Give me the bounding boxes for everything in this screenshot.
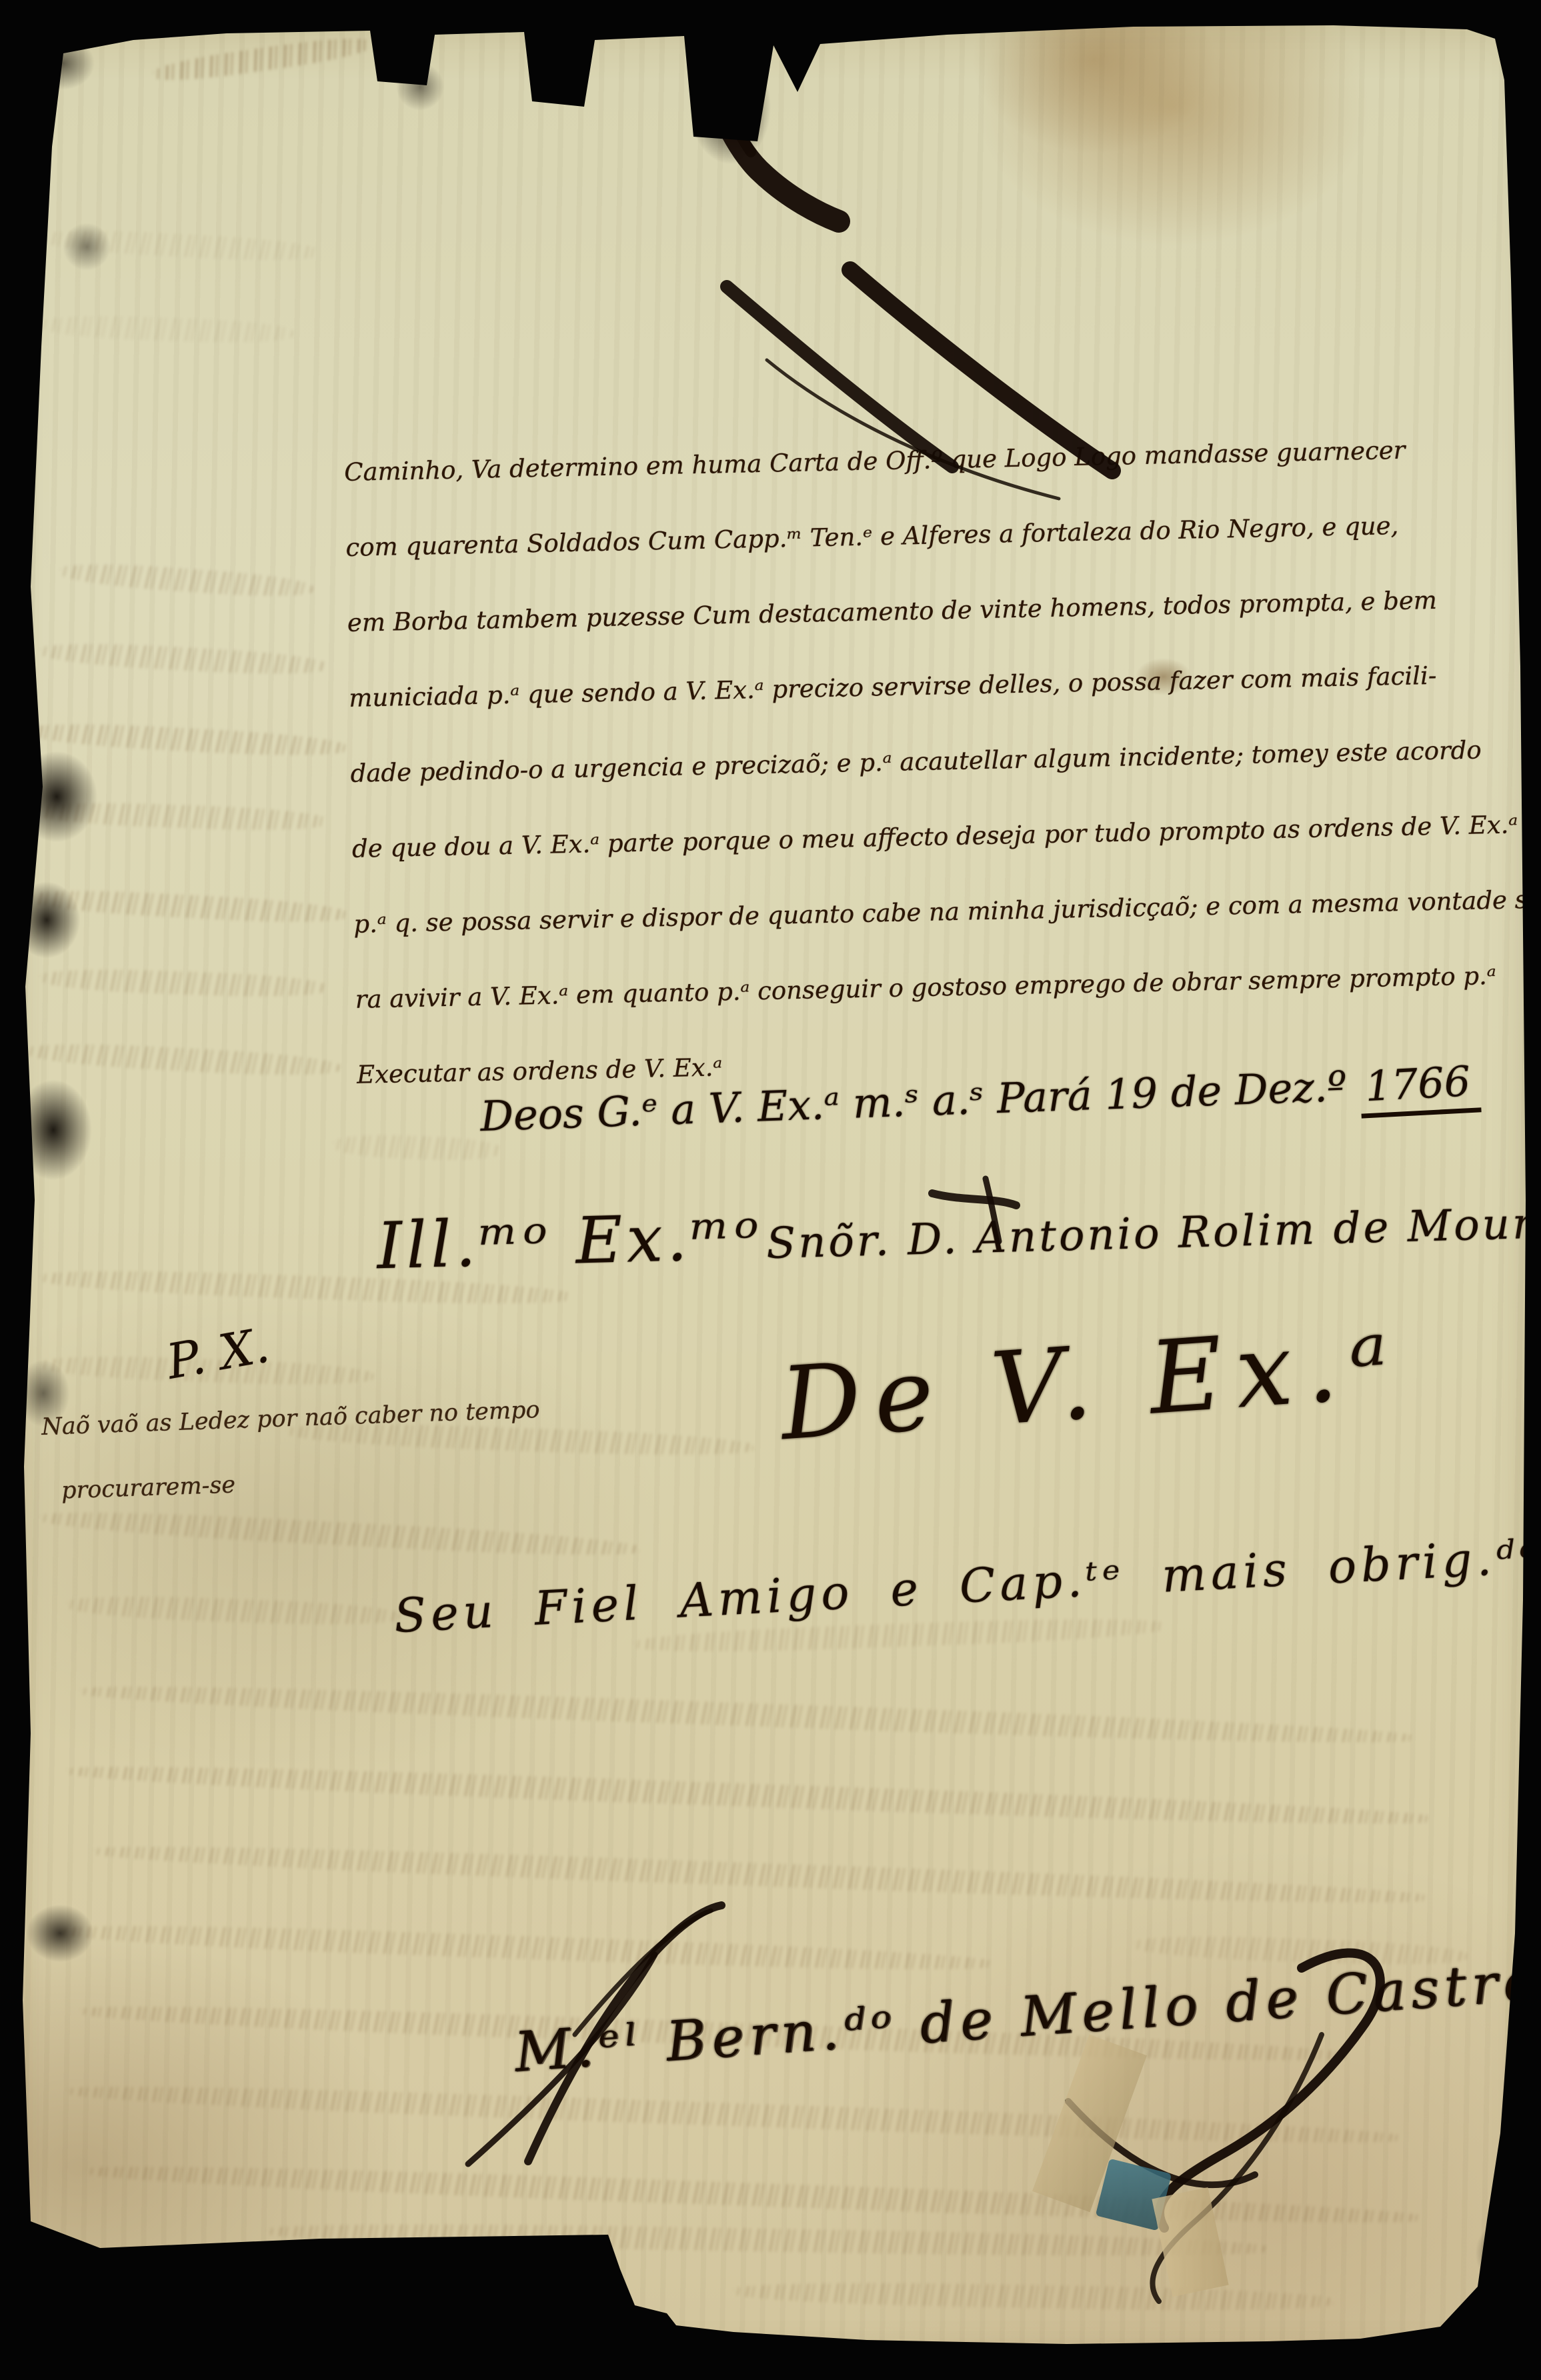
bleedthrough-line [26, 720, 347, 759]
bleedthrough-line [733, 2280, 1334, 2313]
dateline-year: 1766 [1358, 1056, 1481, 1118]
bleedthrough-line [79, 1680, 1413, 1749]
letter-line: com quarenta Soldados Cum Capp.ᵐ Ten.ᵉ e… [345, 483, 1541, 585]
dateline: Deos G.ᵉ a V. Ex.ᵃ m.ˢ a.ˢ Pará 19 de De… [479, 1057, 1481, 1148]
bleedthrough-line [633, 1615, 1167, 1656]
margin-note-line1: Naõ vaõ as Ledez por naõ caber no tempo [41, 1397, 541, 1441]
letter-line: ra avivir a V. Ex.ᵃ em quanto p.ᵃ conseg… [355, 935, 1541, 1037]
ink-damage-blob [1467, 2213, 1527, 2293]
ink-damage-blob [0, 733, 113, 860]
ink-damage-blob [0, 1060, 107, 1200]
bleedthrough-line [286, 1420, 753, 1459]
salutation: Ill.ᵐᵒ Ex.ᵐᵒ Snõr. D. Antonio Rolim de M… [376, 1178, 1541, 1284]
tape-fragment-bottom [1152, 2187, 1228, 2297]
bleedthrough-line [39, 313, 293, 345]
bleedthrough-line [59, 560, 313, 600]
bleedthrough-line [66, 1760, 1433, 1831]
bleedthrough-line [26, 1040, 340, 1079]
bleedthrough-line [39, 1267, 573, 1308]
letter-line: municiada p.ᵃ que sendo a V. Ex.ᵃ preciz… [348, 634, 1541, 736]
bleedthrough-line [39, 967, 327, 999]
ink-damage-blob [387, 53, 453, 120]
bleedthrough-line [39, 640, 327, 677]
letter-line: de que dou a V. Ex.ᵃ parte porque o meu … [351, 785, 1541, 887]
letter-body: Caminho, Va determino em huma Carta de O… [343, 408, 1541, 1113]
bleedthrough-line [39, 227, 320, 264]
closing-line: Seu Fiel Amigo e Cap.ᵗᵉ mais obrig.ᵈᵒ [393, 1529, 1541, 1643]
ink-damage-blob [7, 1347, 80, 1440]
ink-damage-blob [0, 867, 93, 973]
bleedthrough-line [33, 800, 327, 833]
ink-damage-blob [673, 27, 787, 187]
margin-note-line2: procurarem-se [61, 1471, 235, 1504]
bleedthrough-line [86, 2160, 1420, 2229]
ink-damage-blob [427, 2267, 507, 2320]
ink-damage-blob [53, 213, 120, 280]
letter-line: Executar as ordens de V. Ex.ᵃ [356, 1011, 1541, 1113]
bleedthrough-line [66, 1593, 400, 1627]
margin-mark: P. X. [163, 1317, 273, 1389]
photographed-manuscript: Caminho, Va determino em huma Carta de O… [0, 0, 1541, 2380]
bleedthrough-line [59, 1920, 993, 1975]
paper-sheet: Caminho, Va determino em huma Carta de O… [0, 0, 1541, 2380]
bleedthrough-line [333, 1133, 500, 1162]
bleedthrough-line [39, 1507, 640, 1561]
ink-flourish-strokes [0, 0, 1541, 2380]
salutation-honorific: Ill.ᵐᵒ Ex.ᵐᵒ [376, 1199, 764, 1283]
bleedthrough-line [93, 1840, 1426, 1909]
bleedthrough-line [39, 1353, 373, 1387]
bleedthrough-line [267, 2220, 1267, 2260]
ink-damage-blob [20, 27, 107, 100]
tape-fragment-teal [1096, 2159, 1172, 2231]
salutation-name: Snõr. D. Antonio Rolim de Moura [765, 1199, 1541, 1269]
bleedthrough-line [26, 887, 347, 926]
letter-line: p.ᵃ q. se possa servir e dispor de quant… [353, 860, 1541, 962]
bleedthrough-line [66, 2080, 1400, 2149]
tape-fragment-diagonal [1032, 2035, 1147, 2212]
letter-line: dade pedindo-o a urgencia e precizaõ; e … [349, 709, 1541, 811]
letter-line: em Borba tambem puzesse Cum destacamento… [347, 559, 1541, 661]
valediction: De V. Ex.ᵃ [777, 1304, 1405, 1463]
bleedthrough-line [152, 33, 373, 86]
dateline-text: Deos G.ᵉ a V. Ex.ᵃ m.ˢ a.ˢ Pará 19 de De… [479, 1062, 1348, 1141]
bleedthrough-line [79, 2000, 1346, 2067]
letter-line: Caminho, Va determino em huma Carta de O… [343, 408, 1541, 510]
bleedthrough-line [1133, 1933, 1467, 1967]
ink-damage-blob [13, 1893, 107, 1973]
signature: M.ᵉˡ Bern.ᵈᵒ de Mello de Castro [513, 1949, 1541, 2084]
